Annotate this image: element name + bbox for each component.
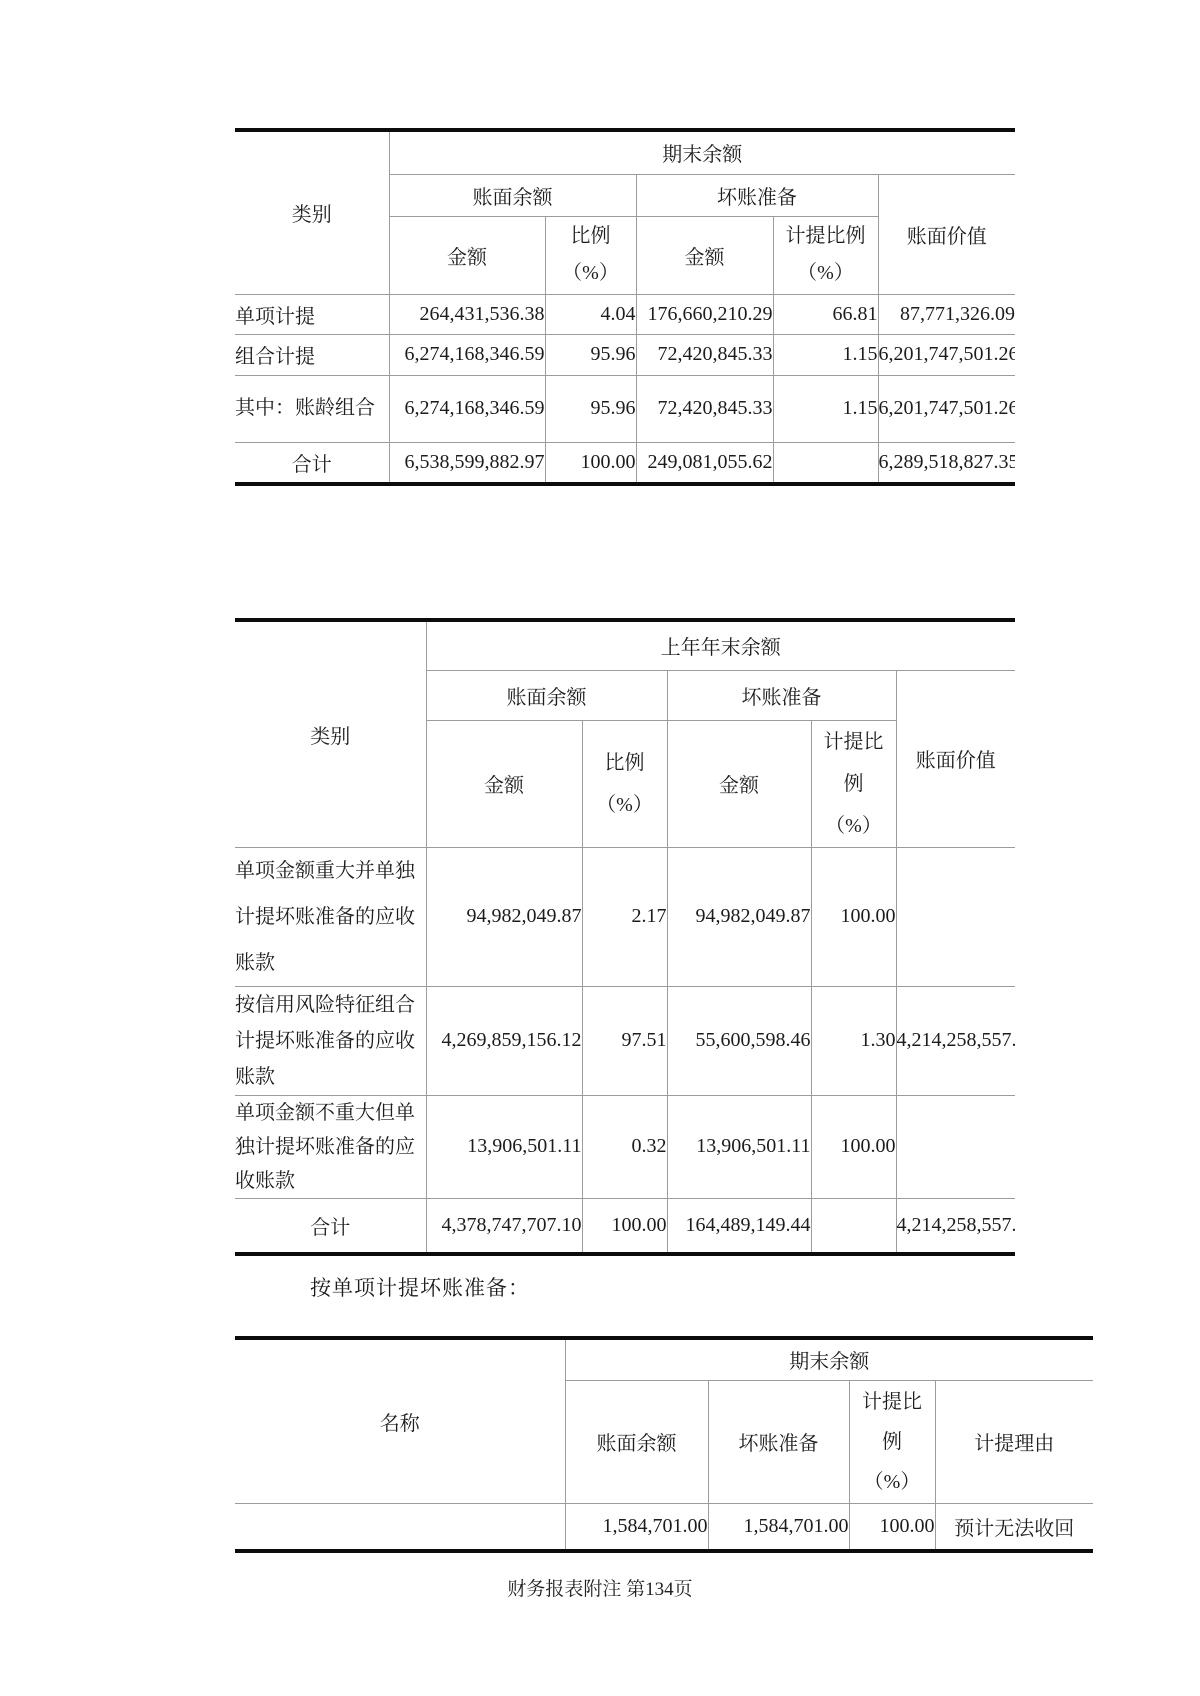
cell-amount: 4,269,859,156.12 — [426, 986, 582, 1095]
header-amount: 金额 — [667, 720, 811, 847]
cell-provision-ratio: 66.81 — [773, 294, 878, 334]
header-bad-debt-provision: 坏账准备 — [708, 1380, 849, 1503]
header-line: 比例 — [546, 218, 636, 255]
cell-ratio: 97.51 — [582, 986, 667, 1095]
table-row: 按信用风险特征组合计提坏账准备的应收账款 4,269,859,156.12 97… — [235, 986, 1015, 1095]
header-line: （%） — [583, 784, 667, 826]
cell-ratio: 4.04 — [545, 294, 636, 334]
cell-category: 组合计提 — [235, 334, 389, 375]
header-book-balance: 账面余额 — [426, 670, 667, 720]
header-bad-debt-provision: 坏账准备 — [667, 670, 896, 720]
cell-amount: 6,274,168,346.59 — [389, 334, 545, 375]
header-line: 计提比 — [812, 721, 896, 763]
header-line: （%） — [850, 1462, 935, 1502]
cell-amount: 13,906,501.11 — [426, 1095, 582, 1198]
cell-provision-amount: 72,420,845.33 — [636, 375, 773, 442]
header-prior-year-balance: 上年年末余额 — [426, 620, 1015, 670]
cell-amount: 6,538,599,882.97 — [389, 442, 545, 484]
cell-book-value: 6,201,747,501.26 — [878, 375, 1015, 442]
cell-category: 单项金额不重大但单独计提坏账准备的应收账款 — [235, 1095, 426, 1198]
header-book-balance: 账面余额 — [389, 174, 636, 216]
cell-provision-amount: 72,420,845.33 — [636, 334, 773, 375]
cell-book-value: 87,771,326.09 — [878, 294, 1015, 334]
header-book-balance: 账面余额 — [565, 1380, 708, 1503]
table-row: 组合计提 6,274,168,346.59 95.96 72,420,845.3… — [235, 334, 1015, 375]
table-row: 名称 期末余额 — [235, 1338, 1093, 1380]
section-note: 按单项计提坏账准备： — [310, 1272, 530, 1302]
header-ratio: 比例 （%） — [545, 216, 636, 294]
cell-provision-ratio: 1.30 — [811, 986, 896, 1095]
cell-book-value — [896, 847, 1015, 986]
cell-amount: 4,378,747,707.10 — [426, 1198, 582, 1254]
cell-provision-ratio: 1.15 — [773, 334, 878, 375]
cell-book-value — [896, 1095, 1015, 1198]
header-period-end-balance: 期末余额 — [565, 1338, 1093, 1380]
cell-book-balance: 1,584,701.00 — [565, 1503, 708, 1551]
table-row: 类别 上年年末余额 — [235, 620, 1015, 670]
header-name: 名称 — [235, 1338, 565, 1503]
document-page: 类别 期末余额 账面余额 坏账准备 账面价值 金额 比例 （%） 金额 计提比例… — [0, 0, 1200, 1696]
cell-provision-ratio — [773, 442, 878, 484]
cell-provision-reason: 预计无法收回 — [935, 1503, 1093, 1551]
table-row-total: 合计 4,378,747,707.10 100.00 164,489,149.4… — [235, 1198, 1015, 1254]
cell-ratio: 0.32 — [582, 1095, 667, 1198]
cell-provision-ratio: 100.00 — [811, 847, 896, 986]
header-line: （%） — [812, 805, 896, 847]
cell-provision-amount: 13,906,501.11 — [667, 1095, 811, 1198]
cell-category-total: 合计 — [235, 1198, 426, 1254]
cell-ratio: 95.96 — [545, 334, 636, 375]
cell-book-value: 6,201,747,501.26 — [878, 334, 1015, 375]
table-row-total: 合计 6,538,599,882.97 100.00 249,081,055.6… — [235, 442, 1015, 484]
header-line: 计提比 — [850, 1382, 935, 1422]
cell-provision-amount: 94,982,049.87 — [667, 847, 811, 986]
header-line: 比例 — [583, 742, 667, 784]
cell-amount: 264,431,536.38 — [389, 294, 545, 334]
cell-amount: 6,274,168,346.59 — [389, 375, 545, 442]
header-provision-ratio: 计提比 例 （%） — [811, 720, 896, 847]
cell-ratio: 100.00 — [545, 442, 636, 484]
cell-category: 单项计提 — [235, 294, 389, 334]
header-provision-ratio: 计提比 例 （%） — [849, 1380, 935, 1503]
cell-category-total: 合计 — [235, 442, 389, 484]
header-line: （%） — [774, 255, 878, 292]
table-row: 1,584,701.00 1,584,701.00 100.00 预计无法收回 — [235, 1503, 1093, 1551]
header-amount: 金额 — [636, 216, 773, 294]
cell-provision-amount: 176,660,210.29 — [636, 294, 773, 334]
cell-provision-ratio: 100.00 — [811, 1095, 896, 1198]
cell-amount: 94,982,049.87 — [426, 847, 582, 986]
table-row: 单项金额重大并单独计提坏账准备的应收账款 94,982,049.87 2.17 … — [235, 847, 1015, 986]
header-bad-debt-provision: 坏账准备 — [636, 174, 878, 216]
header-line: 例 — [850, 1422, 935, 1462]
table-row: 单项金额不重大但单独计提坏账准备的应收账款 13,906,501.11 0.32… — [235, 1095, 1015, 1198]
header-provision-reason: 计提理由 — [935, 1380, 1093, 1503]
cell-ratio: 95.96 — [545, 375, 636, 442]
header-line: 例 — [812, 763, 896, 805]
header-ratio: 比例 （%） — [582, 720, 667, 847]
header-category: 类别 — [235, 130, 389, 294]
header-line: （%） — [546, 255, 636, 292]
cell-name — [235, 1503, 565, 1551]
cell-category: 其中：账龄组合 — [235, 375, 389, 442]
page-footer: 财务报表附注 第134页 — [0, 1574, 1200, 1601]
header-provision-ratio: 计提比例 （%） — [773, 216, 878, 294]
header-book-value: 账面价值 — [878, 174, 1015, 294]
cell-provision-amount: 164,489,149.44 — [667, 1198, 811, 1254]
table-period-end-balance: 类别 期末余额 账面余额 坏账准备 账面价值 金额 比例 （%） 金额 计提比例… — [235, 128, 1015, 486]
cell-ratio: 100.00 — [582, 1198, 667, 1254]
cell-book-value: 6,289,518,827.35 — [878, 442, 1015, 484]
cell-book-value: 4,214,258,557.66 — [896, 986, 1015, 1095]
cell-provision-amount: 249,081,055.62 — [636, 442, 773, 484]
table-prior-year-balance: 类别 上年年末余额 账面余额 坏账准备 账面价值 金额 比例 （%） 金额 计提… — [235, 618, 1015, 1256]
header-book-value: 账面价值 — [896, 670, 1015, 847]
cell-bad-debt-provision: 1,584,701.00 — [708, 1503, 849, 1551]
cell-book-value: 4,214,258,557.66 — [896, 1198, 1015, 1254]
cell-provision-ratio: 1.15 — [773, 375, 878, 442]
cell-ratio: 2.17 — [582, 847, 667, 986]
cell-provision-ratio — [811, 1198, 896, 1254]
header-line: 计提比例 — [774, 218, 878, 255]
table-row: 单项计提 264,431,536.38 4.04 176,660,210.29 … — [235, 294, 1015, 334]
cell-provision-amount: 55,600,598.46 — [667, 986, 811, 1095]
table-row: 其中：账龄组合 6,274,168,346.59 95.96 72,420,84… — [235, 375, 1015, 442]
header-amount: 金额 — [389, 216, 545, 294]
cell-category: 按信用风险特征组合计提坏账准备的应收账款 — [235, 986, 426, 1095]
header-period-end-balance: 期末余额 — [389, 130, 1015, 174]
cell-category: 单项金额重大并单独计提坏账准备的应收账款 — [235, 847, 426, 986]
header-amount: 金额 — [426, 720, 582, 847]
table-row: 类别 期末余额 — [235, 130, 1015, 174]
header-category: 类别 — [235, 620, 426, 847]
table-individual-provision: 名称 期末余额 账面余额 坏账准备 计提比 例 （%） 计提理由 1,584,7… — [235, 1336, 1093, 1553]
cell-provision-ratio: 100.00 — [849, 1503, 935, 1551]
